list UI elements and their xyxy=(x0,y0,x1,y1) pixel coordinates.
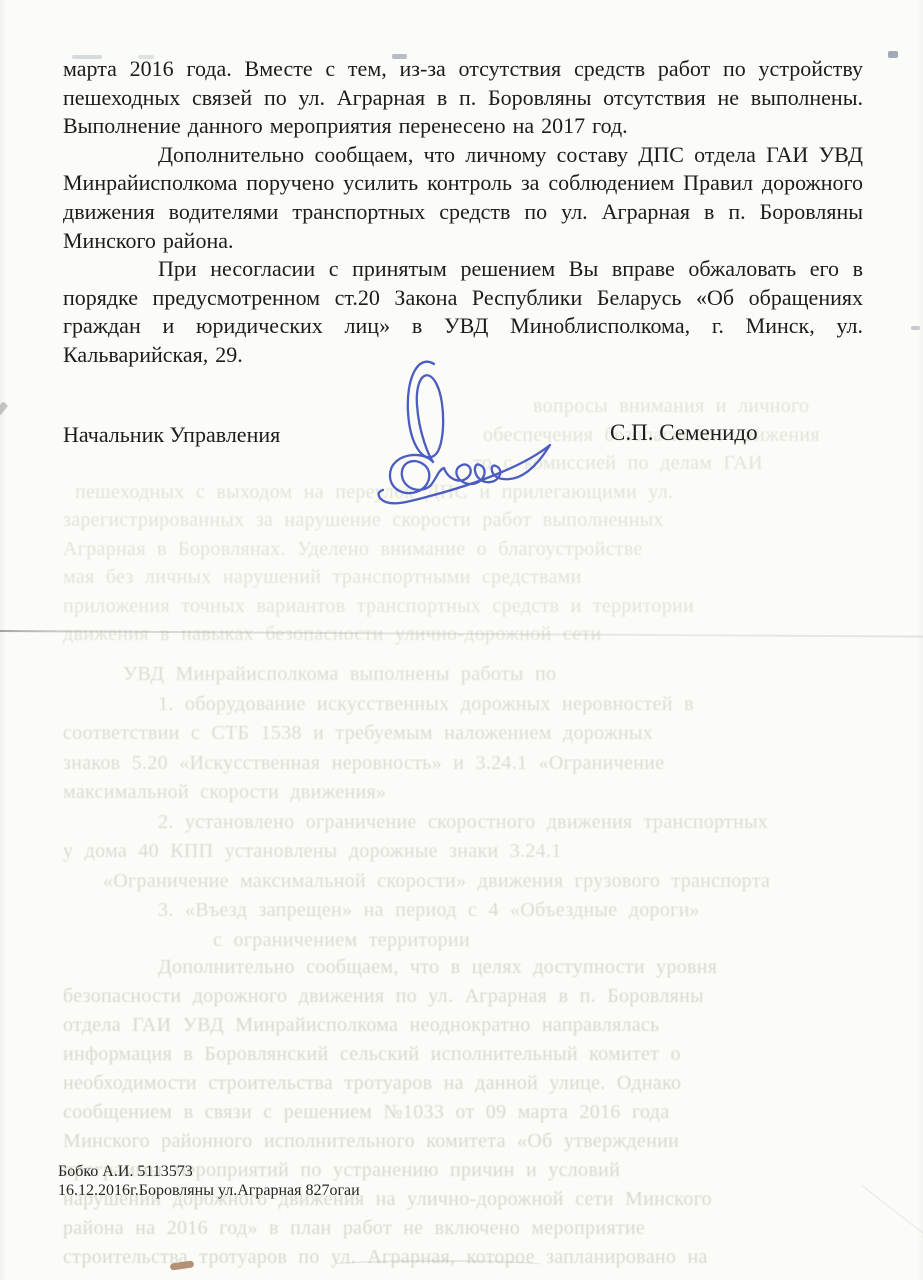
bleedthrough-line: приложения точных вариантов транспортных… xyxy=(63,592,869,621)
bleedthrough-line: соответствии с СТБ 1538 и требуемым нало… xyxy=(63,719,869,749)
bleedthrough-line: 1. оборудование искусственных дорожных н… xyxy=(63,690,869,720)
signature-ink xyxy=(372,348,572,513)
bleedthrough-line: отдела ГАИ УВД Минрайисполкома неоднокра… xyxy=(63,1011,869,1040)
bleedthrough-line: безопасности дорожного движения по ул. А… xyxy=(63,982,869,1011)
bleedthrough-line: «Ограничение максимальной скорости» движ… xyxy=(63,867,869,897)
bleedthrough-block-b: УВД Минрайисполкома выполнены работы по1… xyxy=(63,660,869,955)
bleedthrough-line: Дополнительно сообщаем, что в целях дост… xyxy=(63,953,869,982)
bleedthrough-line: у дома 40 КПП установлены дорожные знаки… xyxy=(63,837,869,867)
bleedthrough-block-c: Дополнительно сообщаем, что в целях дост… xyxy=(63,953,869,1272)
bleedthrough-line: 2. установлено ограничение скоростного д… xyxy=(63,808,869,838)
bleedthrough-line: мая без личных нарушений транспортными с… xyxy=(63,563,869,592)
scanned-letter-page: { "colors": { "paper": "#fbfbf8", "text_… xyxy=(0,0,923,1280)
signoff-position-title: Начальник Управления xyxy=(63,422,280,448)
footer-date-location: 16.12.2016г.Боровляны ул.Аграрная 827ога… xyxy=(58,1182,360,1201)
scan-smudge xyxy=(911,326,920,330)
bleedthrough-line: Минского районного исполнительного комит… xyxy=(63,1127,869,1156)
bleedthrough-line: знаков 5.20 «Искусственная неровность» и… xyxy=(63,749,869,779)
bleedthrough-line: с ограничением территории xyxy=(63,926,869,956)
bleedthrough-line: максимальной скорости движения» xyxy=(63,778,869,808)
letter-paragraph: марта 2016 года. Вместе с тем, из-за отс… xyxy=(63,55,863,141)
bleedthrough-line: УВД Минрайисполкома выполнены работы по xyxy=(63,660,869,690)
letter-body: марта 2016 года. Вместе с тем, из-за отс… xyxy=(63,55,863,370)
bleedthrough-line: Аграрная в Боровлянах. Уделено внимание … xyxy=(63,535,869,564)
footer-executor: Бобко А.И. 5113573 xyxy=(58,1163,360,1182)
bleedthrough-line: 3. «Въезд запрещен» на период с 4 «Объез… xyxy=(63,896,869,926)
signoff-name: С.П. Семенидо xyxy=(610,420,758,446)
pencil-mark xyxy=(330,1260,545,1270)
bleedthrough-line: района на 2016 год» в план работ не вклю… xyxy=(63,1214,869,1243)
bleedthrough-line: информация в Боровлянский сельский испол… xyxy=(63,1040,869,1069)
footer-block: Бобко А.И. 5113573 16.12.2016г.Боровляны… xyxy=(58,1163,360,1200)
bleedthrough-line: необходимости строительства тротуаров на… xyxy=(63,1069,869,1098)
bleedthrough-line: сообщением в связи с решением №1033 от 0… xyxy=(63,1098,869,1127)
letter-paragraph: Дополнительно сообщаем, что личному сост… xyxy=(63,141,863,255)
scan-smudge xyxy=(888,51,898,58)
